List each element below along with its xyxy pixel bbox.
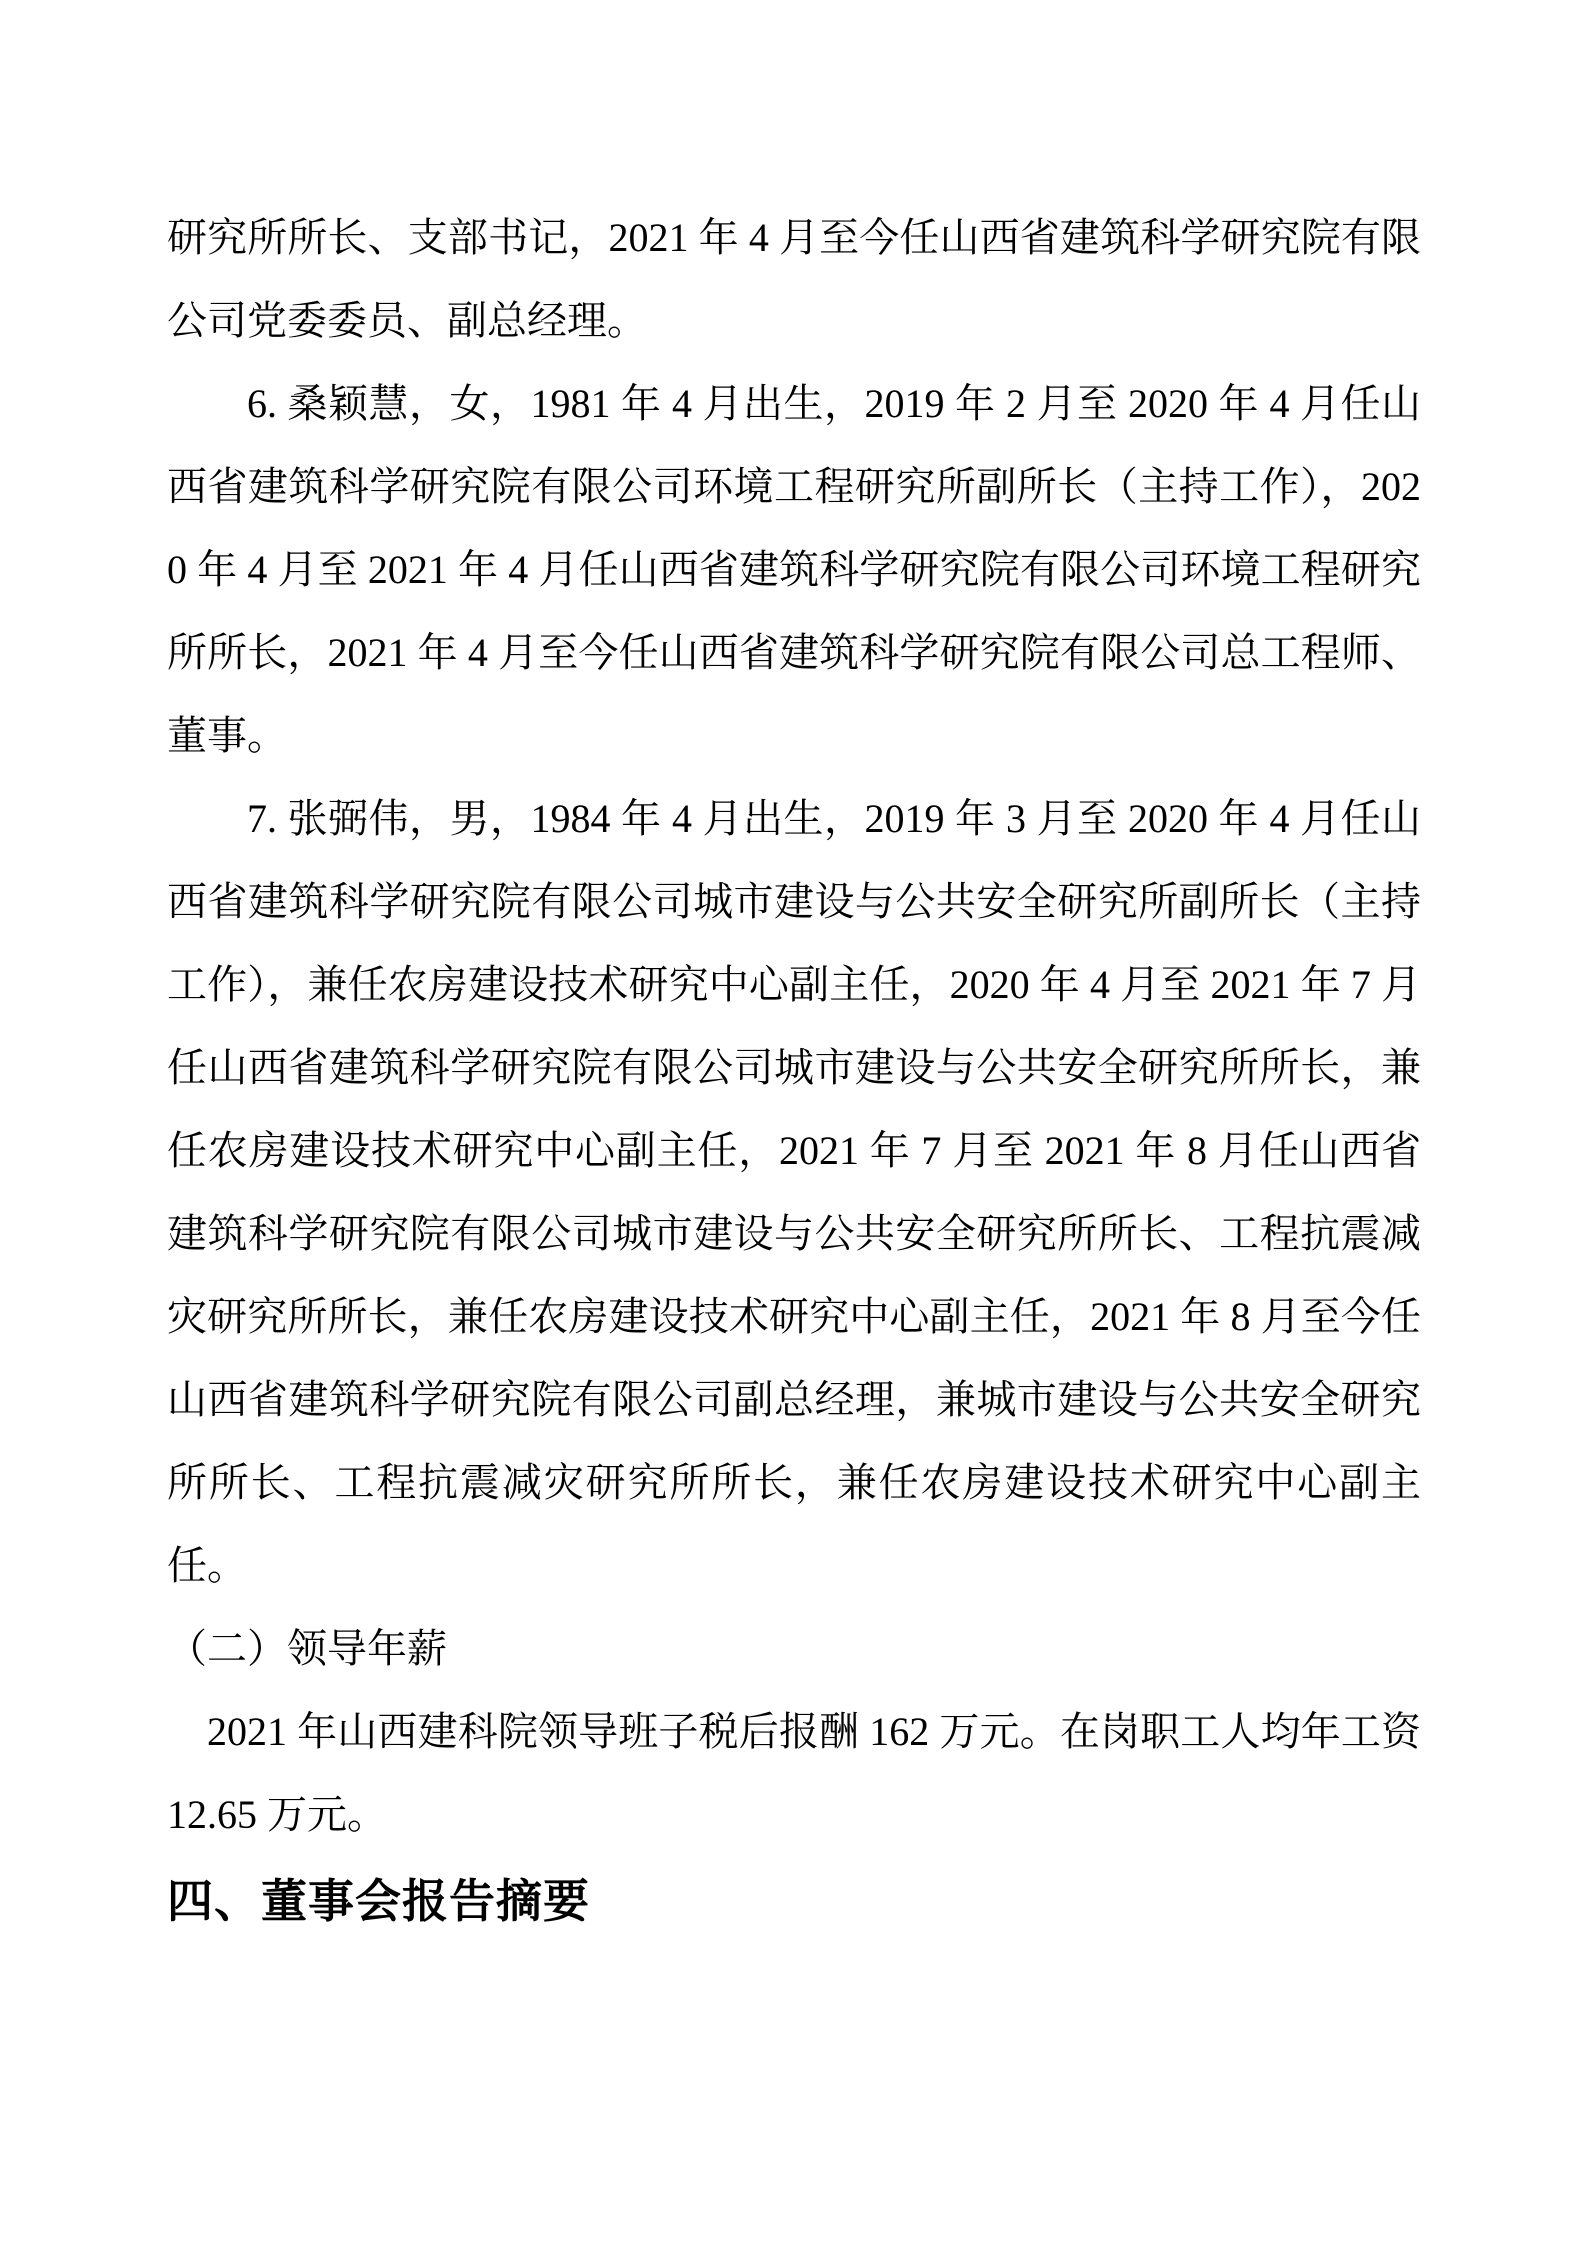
subheading-leader-salary: （二）领导年薪 <box>167 1607 1421 1690</box>
paragraph-bio-6: 6. 桑颖慧，女，1981 年 4 月出生，2019 年 2 月至 2020 年… <box>167 362 1421 777</box>
paragraph-salary: 2021 年山西建科院领导班子税后报酬 162 万元。在岗职工人均年工资 12.… <box>167 1690 1421 1856</box>
document-page: 研究所所长、支部书记，2021 年 4 月至今任山西省建筑科学研究院有限公司党委… <box>0 0 1587 2245</box>
section-heading-board-report: 四、董事会报告摘要 <box>167 1856 1421 1946</box>
paragraph-bio-5-continuation: 研究所所长、支部书记，2021 年 4 月至今任山西省建筑科学研究院有限公司党委… <box>167 196 1421 362</box>
paragraph-bio-7: 7. 张弼伟，男，1984 年 4 月出生，2019 年 3 月至 2020 年… <box>167 777 1421 1607</box>
